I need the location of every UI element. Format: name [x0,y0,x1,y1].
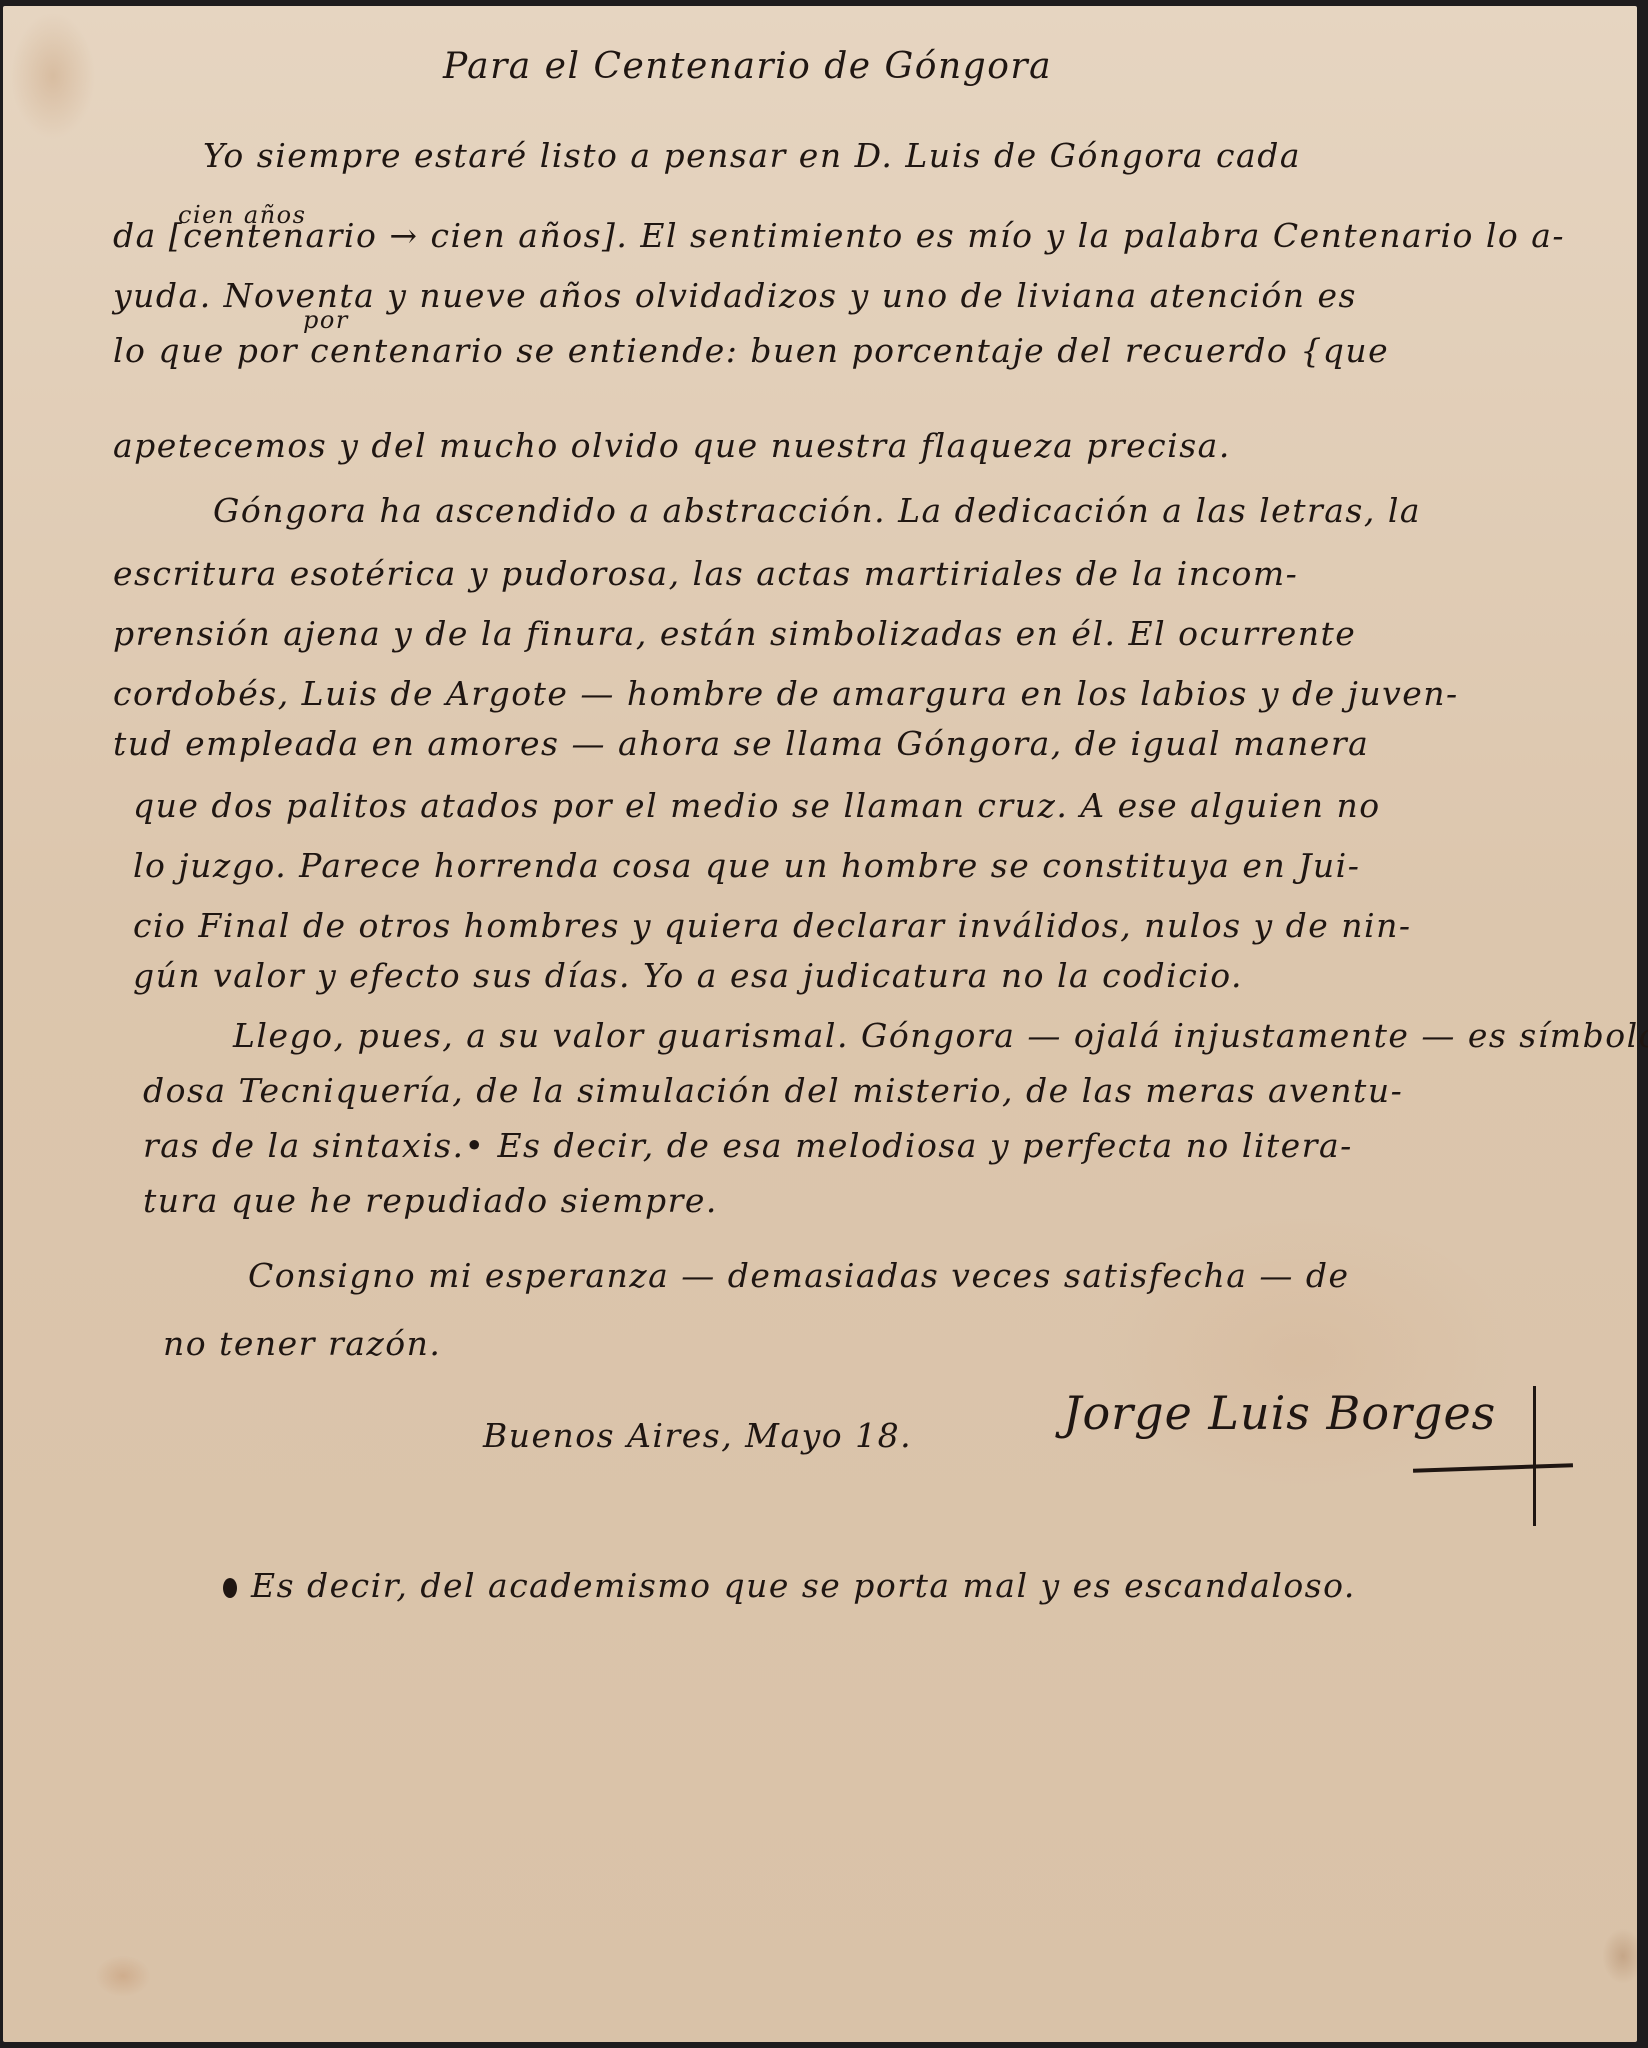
text-line: que dos palitos atados por el medio se l… [133,786,1381,825]
text-line: gún valor y efecto sus días. Yo a esa ju… [133,956,1243,995]
text-line: yuda. Noventa y nueve años olvidadizos y… [113,276,1357,315]
signature-flourish-vertical [1533,1386,1536,1526]
text-line: lo que por centenario se entiende: buen … [113,331,1389,370]
document-title: Para el Centenario de Góngora [443,46,1052,87]
text-line: apetecemos y del mucho olvido que nuestr… [113,426,1231,465]
text-line: Góngora ha ascendido a abstracción. La d… [213,491,1421,530]
text-line: Consigno mi esperanza — demasiadas veces… [248,1256,1350,1295]
text-line: prensión ajena y de la finura, están sim… [113,614,1356,653]
footnote-text: Es decir, del academismo que se porta ma… [251,1566,1356,1605]
text-line: cordobés, Luis de Argote — hombre de ama… [113,674,1459,713]
text-line: escritura esotérica y pudorosa, las acta… [113,554,1298,593]
footnote-bullet-icon [223,1578,237,1598]
text-line: cio Final de otros hombres y quiera decl… [133,906,1412,945]
text-line: da [centenario → cien años]. El sentimie… [113,216,1565,255]
place-date: Buenos Aires, Mayo 18. [483,1416,912,1455]
correction-por: por [303,306,349,334]
text-line: Yo siempre estaré listo a pensar en D. L… [203,136,1301,175]
text-line: no tener razón. [163,1324,441,1363]
footnote: Es decir, del academismo que se porta ma… [223,1566,1356,1605]
text-line: tud empleada en amores — ahora se llama … [113,724,1369,763]
signature: Jorge Luis Borges [1063,1386,1496,1440]
text-line: tura que he repudiado siempre. [143,1181,718,1220]
text-line: ras de la sintaxis.• Es decir, de esa me… [143,1126,1353,1165]
text-line: dosa Tecniquería, de la simulación del m… [143,1071,1403,1110]
text-line: Llego, pues, a su valor guarismal. Góngo… [233,1016,1648,1055]
manuscript-page: Para el Centenario de Góngora Yo siempre… [3,6,1637,2042]
signature-flourish [1413,1463,1573,1473]
text-line: lo juzgo. Parece horrenda cosa que un ho… [133,846,1360,885]
